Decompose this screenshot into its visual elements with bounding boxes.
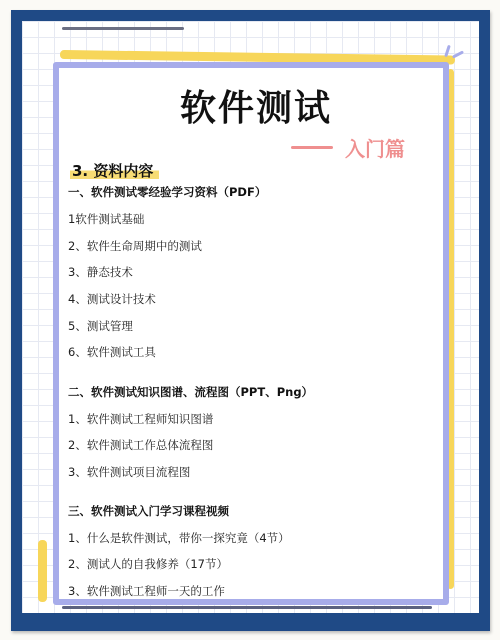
highlighter-stroke-left xyxy=(38,540,47,602)
list-item: 2、软件测试工作总体流程图 xyxy=(68,437,213,453)
top-rule-decoration xyxy=(62,27,184,30)
group-heading: 三、软件测试入门学习课程视频 xyxy=(68,503,229,519)
page-title: 软件测试 xyxy=(0,80,500,131)
section-heading: 3. 资料内容 xyxy=(70,160,159,181)
list-item: 3、静态技术 xyxy=(68,264,133,280)
group-heading: 一、软件测试零经验学习资料（PDF） xyxy=(68,184,266,200)
list-item: 3、软件测试项目流程图 xyxy=(68,464,190,480)
list-item: 2、软件生命周期中的测试 xyxy=(68,238,202,254)
group-heading: 二、软件测试知识图谱、流程图（PPT、Png） xyxy=(68,384,313,400)
subtitle: 入门篇 xyxy=(291,133,405,162)
list-item: 1、什么是软件测试，带你一探究竟（4节） xyxy=(68,530,290,546)
list-item: 3、软件测试工程师一天的工作 xyxy=(68,583,225,599)
subtitle-text: 入门篇 xyxy=(345,133,405,162)
bottom-rule-decoration xyxy=(62,606,432,609)
list-item: 1软件测试基础 xyxy=(68,211,144,227)
list-item: 6、软件测试工具 xyxy=(68,344,156,360)
dash-decoration xyxy=(291,146,333,149)
list-item: 4、测试设计技术 xyxy=(68,291,156,307)
list-item: 5、测试管理 xyxy=(68,318,133,334)
list-item: 1、软件测试工程师知识图谱 xyxy=(68,411,213,427)
list-item: 2、测试人的自我修养（17节） xyxy=(68,556,228,572)
